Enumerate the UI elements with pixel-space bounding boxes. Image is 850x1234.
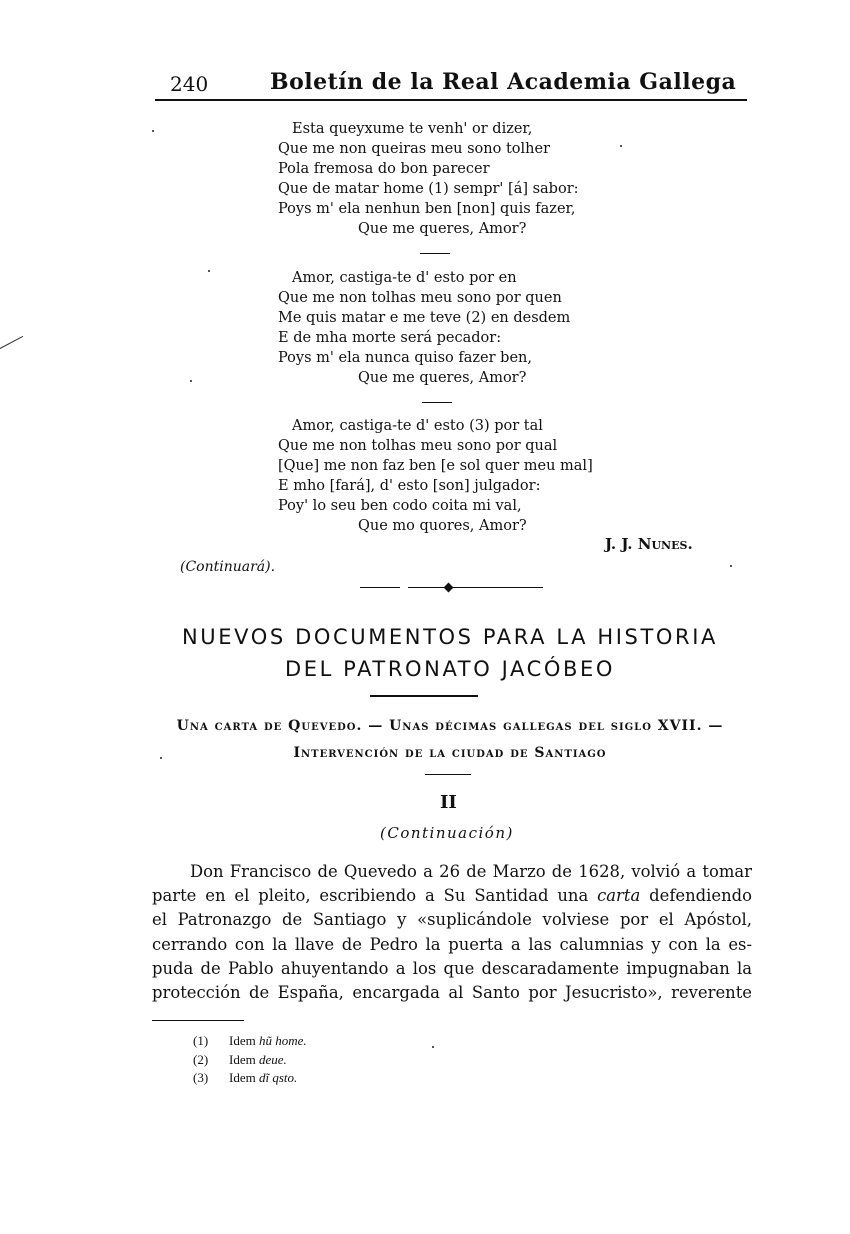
footnote-rule	[152, 1020, 244, 1021]
subtitle-rule	[425, 774, 471, 775]
paragraph-text: parte en el pleito, escribiendo a Su San…	[152, 886, 597, 905]
divider-bar	[408, 587, 543, 588]
poem-line: Amor, castiga-te d' esto por en	[278, 268, 570, 288]
footnote: (3)Idem dĩ qsto.	[193, 1069, 307, 1088]
paragraph-line-text: Don Francisco de Quevedo a 26 de Marzo d…	[190, 862, 752, 881]
article-subtitle-line-2: Intervención de la ciudad de Santiago	[140, 745, 760, 761]
footnote-number: (2)	[193, 1051, 229, 1070]
section-continuation-note: (Continuación)	[380, 824, 514, 842]
divider-bar	[360, 587, 400, 588]
stanza-separator	[422, 402, 452, 403]
poem-line: Que me non tolhas meu sono por quen	[278, 288, 570, 308]
poem-refrain: Que me queres, Amor?	[278, 219, 579, 239]
paragraph-line: el Patronazgo de Santiago y «suplicándol…	[152, 908, 752, 932]
poem-line: Pola fremosa do bon parecer	[278, 159, 579, 179]
poem-line: E de mha morte será pecador:	[278, 328, 570, 348]
poem-line: Poys m' ela nunca quiso fazer ben,	[278, 348, 570, 368]
footnote-number: (1)	[193, 1032, 229, 1051]
scan-speck	[432, 1046, 434, 1048]
paragraph-line: cerrando con la llave de Pedro la puerta…	[152, 933, 752, 957]
footnote-label: Idem	[229, 1033, 256, 1048]
article-subtitle-line-1: Una carta de Quevedo. — Unas décimas gal…	[140, 718, 760, 734]
footnote-label: Idem	[229, 1070, 256, 1085]
poem-stanza-1: Esta queyxume te venh' or dizer, Que me …	[278, 119, 579, 239]
poem-line: Amor, castiga-te d' esto (3) por tal	[278, 416, 593, 436]
poem-refrain: Que me queres, Amor?	[278, 368, 570, 388]
footnote: (2)Idem deue.	[193, 1051, 307, 1070]
poem-line: Me quis matar e me teve (2) en desdem	[278, 308, 570, 328]
margin-scan-mark	[0, 336, 23, 349]
footnote-text: dĩ qsto.	[259, 1070, 297, 1085]
poem-line: Poy' lo seu ben codo coita mi val,	[278, 496, 593, 516]
body-paragraph: Don Francisco de Quevedo a 26 de Marzo d…	[152, 860, 752, 1005]
poem-stanza-3: Amor, castiga-te d' esto (3) por tal Que…	[278, 416, 593, 536]
header-rule	[155, 99, 747, 101]
poem-stanza-2: Amor, castiga-te d' esto por en Que me n…	[278, 268, 570, 388]
footnotes: (1)Idem hũ home. (2)Idem deue. (3)Idem d…	[193, 1032, 307, 1088]
scan-speck	[152, 130, 154, 132]
section-number: II	[440, 792, 457, 813]
paragraph-line: Don Francisco de Quevedo a 26 de Marzo d…	[152, 860, 752, 884]
journal-title: Boletín de la Real Academia Gallega	[270, 69, 736, 95]
paragraph-line: parte en el pleito, escribiendo a Su San…	[152, 884, 752, 908]
poem-line: Esta queyxume te venh' or dizer,	[278, 119, 579, 139]
stanza-separator	[420, 253, 450, 254]
author-signature: J. J. Nunes.	[605, 535, 693, 553]
paragraph-line: puda de Pablo ahuyentando a los que desc…	[152, 957, 752, 981]
scan-speck	[730, 565, 732, 567]
poem-line: [Que] me non faz ben [e sol quer meu mal…	[278, 456, 593, 476]
poem-refrain: Que mo quores, Amor?	[278, 516, 593, 536]
article-title-line-2: DEL PATRONATO JACÓBEO	[150, 657, 750, 681]
article-title-line-1: NUEVOS DOCUMENTOS PARA LA HISTORIA	[150, 625, 750, 649]
poem-line: Que de matar home (1) sempr' [á] sabor:	[278, 179, 579, 199]
scan-speck	[160, 757, 162, 759]
scan-speck	[190, 380, 192, 382]
footnote-text: hũ home.	[259, 1033, 307, 1048]
italic-word: carta	[597, 886, 640, 905]
poem-line: Que me non queiras meu sono tolher	[278, 139, 579, 159]
ornamental-divider	[360, 586, 545, 590]
page-number: 240	[170, 72, 208, 96]
scan-speck	[620, 145, 622, 147]
footnote-text: deue.	[259, 1052, 287, 1067]
poem-line: E mho [fará], d' esto [son] julgador:	[278, 476, 593, 496]
paragraph-text: defendiendo	[640, 886, 752, 905]
title-rule	[370, 695, 478, 697]
scan-speck	[208, 270, 210, 272]
continued-note: (Continuará).	[180, 559, 275, 575]
diamond-ornament-icon	[444, 583, 454, 593]
poem-line: Poys m' ela nenhun ben [non] quis fazer,	[278, 199, 579, 219]
footnote-label: Idem	[229, 1052, 256, 1067]
footnote: (1)Idem hũ home.	[193, 1032, 307, 1051]
poem-line: Que me non tolhas meu sono por qual	[278, 436, 593, 456]
paragraph-line: protección de España, encargada al Santo…	[152, 981, 752, 1005]
footnote-number: (3)	[193, 1069, 229, 1088]
